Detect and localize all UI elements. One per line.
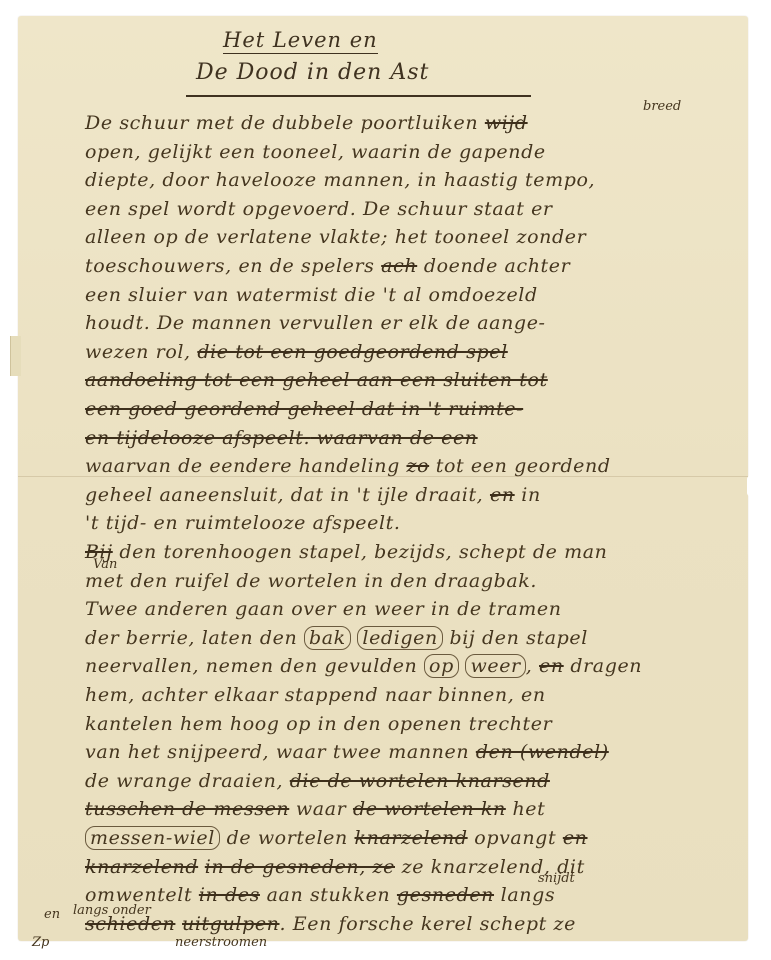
- line-text: bij den stapel: [443, 627, 588, 649]
- struck-text: en: [490, 484, 515, 506]
- line-text: doende achter: [417, 255, 570, 277]
- struck-text: zo: [406, 455, 429, 477]
- paper-notch-right: [747, 476, 753, 496]
- manuscript-line: geheel aaneensluit, dat in 't ijle draai…: [85, 486, 740, 505]
- line-text: waar: [289, 798, 353, 820]
- manuscript-line: van het snijpeerd, waar twee mannen den …: [85, 743, 740, 762]
- struck-text: knarzelend: [85, 856, 198, 878]
- struck-text: en: [539, 655, 564, 677]
- title-line-2: De Dood in den Ast: [196, 60, 429, 85]
- struck-text: een goed geordend geheel: [85, 398, 355, 420]
- struck-text: aandoeling tot een geheel aan een sluite…: [85, 369, 548, 391]
- manuscript-line: een spel wordt opgevoerd. De schuur staa…: [85, 200, 740, 219]
- line-text: een sluier van watermist die 't al omdoe…: [85, 284, 538, 306]
- line-text: in: [515, 484, 541, 506]
- struck-text: die tot een goedgeordend spel: [197, 341, 507, 363]
- struck-text: waarvan de een: [310, 427, 478, 449]
- circled-text: weer: [465, 654, 525, 678]
- line-text: een spel wordt opgevoerd. De schuur staa…: [85, 198, 553, 220]
- manuscript-line: een sluier van watermist die 't al omdoe…: [85, 286, 740, 305]
- line-text: toeschouwers, en de spelers: [85, 255, 381, 277]
- manuscript-line: aandoeling tot een geheel aan een sluite…: [85, 371, 740, 390]
- line-text: de wrange draaien,: [85, 770, 290, 792]
- manuscript-line: alleen op de verlatene vlakte; het toone…: [85, 228, 740, 247]
- manuscript-page: Het Leven en De Dood in den Ast De schuu…: [18, 16, 748, 941]
- line-text: waarvan de eendere handeling: [85, 455, 406, 477]
- line-text: Twee anderen gaan over en weer in de tra…: [85, 598, 562, 620]
- line-text: tot een geordend: [429, 455, 611, 477]
- manuscript-line: hem, achter elkaar stappend naar binnen,…: [85, 686, 740, 705]
- line-text: met den ruifel de wortelen in den draagb…: [85, 570, 537, 592]
- manuscript-line: De schuur met de dubbele poortluiken wij…: [85, 114, 740, 133]
- line-text: neervallen, nemen den gevulden: [85, 655, 424, 677]
- manuscript-line: diepte, door havelooze mannen, in haasti…: [85, 171, 740, 190]
- line-text: dragen: [564, 655, 642, 677]
- manuscript-line: neervallen, nemen den gevulden op weer, …: [85, 657, 740, 676]
- paper-tab-left: [10, 336, 21, 376]
- margin-note: en: [44, 907, 60, 922]
- struck-text: tusschen de messen: [85, 798, 289, 820]
- circled-text: ledigen: [357, 626, 442, 650]
- struck-text: ach: [381, 255, 417, 277]
- struck-text: in des: [199, 884, 260, 906]
- struck-text: wijd: [485, 112, 528, 134]
- manuscript-line: open, gelijkt een tooneel, waarin de gap…: [85, 143, 740, 162]
- line-text: aan stukken: [260, 884, 397, 906]
- title-text-1: Het Leven en: [223, 28, 378, 54]
- line-text: geheel aaneensluit, dat in 't ijle draai…: [85, 484, 490, 506]
- title-line-1: Het Leven en: [223, 28, 378, 52]
- manuscript-line: toeschouwers, en de spelers ach doende a…: [85, 257, 740, 276]
- manuscript-line: houdt. De mannen vervullen er elk de aan…: [85, 314, 740, 333]
- manuscript-line: en tijdelooze afspeelt. waarvan de een: [85, 429, 740, 448]
- line-text: houdt. De mannen vervullen er elk de aan…: [85, 312, 546, 334]
- line-text: den torenhoogen stapel, bezijds, schept …: [113, 541, 608, 563]
- struck-text: den (wendel): [476, 741, 609, 763]
- interlinear-insertion: langs onder: [73, 903, 151, 918]
- line-text: De schuur met de dubbele poortluiken: [85, 112, 485, 134]
- line-text: [198, 856, 205, 878]
- line-text: ,: [526, 655, 539, 677]
- circled-text: op: [424, 654, 459, 678]
- interlinear-insertion: neerstroomen: [175, 935, 267, 950]
- struck-text: die de wortelen knarsend: [290, 770, 550, 792]
- manuscript-line: messen-wiel de wortelen knarzelend opvan…: [85, 829, 740, 848]
- manuscript-line: waarvan de eendere handeling zo tot een …: [85, 457, 740, 476]
- page-mark: Zp: [32, 935, 49, 950]
- manuscript-line: kantelen hem hoog op in den openen trech…: [85, 715, 740, 734]
- manuscript-line: 't tijd- en ruimtelooze afspeelt.: [85, 514, 740, 533]
- struck-text: in de gesneden, ze: [205, 856, 395, 878]
- line-text: diepte, door havelooze mannen, in haasti…: [85, 169, 595, 191]
- struck-text: gesneden: [397, 884, 494, 906]
- circled-text: messen-wiel: [85, 826, 220, 850]
- line-text: 't tijd- en ruimtelooze afspeelt.: [85, 512, 401, 534]
- struck-text: knarzelend: [355, 827, 468, 849]
- line-text: der berrie, laten den: [85, 627, 304, 649]
- interlinear-insertion: snijdt: [538, 871, 575, 886]
- manuscript-line: der berrie, laten den bak ledigen bij de…: [85, 629, 740, 648]
- line-text: kantelen hem hoog op in den openen trech…: [85, 713, 552, 735]
- manuscript-line: de wrange draaien, die de wortelen knars…: [85, 772, 740, 791]
- line-text: alleen op de verlatene vlakte; het toone…: [85, 226, 586, 248]
- struck-text: en tijdelooze afspeelt.: [85, 427, 310, 449]
- manuscript-line: wezen rol, die tot een goedgeordend spel: [85, 343, 740, 362]
- line-text: wezen rol,: [85, 341, 197, 363]
- manuscript-line: knarzelend in de gesneden, ze ze knarzel…: [85, 858, 740, 877]
- line-text: het: [506, 798, 546, 820]
- manuscript-line: Twee anderen gaan over en weer in de tra…: [85, 600, 740, 619]
- line-text: opvangt: [468, 827, 563, 849]
- line-text: langs: [494, 884, 555, 906]
- line-text: . Een forsche kerel schept ze: [280, 913, 577, 935]
- interlinear-insertion: breed: [643, 99, 681, 114]
- circled-text: bak: [304, 626, 351, 650]
- line-text: de wortelen: [220, 827, 355, 849]
- struck-text: uitgulpen: [182, 913, 279, 935]
- line-text: van het snijpeerd, waar twee mannen: [85, 741, 476, 763]
- line-text: open, gelijkt een tooneel, waarin de gap…: [85, 141, 546, 163]
- manuscript-line: omwentelt in des aan stukken gesneden la…: [85, 886, 740, 905]
- manuscript-line: Bij den torenhoogen stapel, bezijds, sch…: [85, 543, 740, 562]
- manuscript-line: met den ruifel de wortelen in den draagb…: [85, 572, 740, 591]
- title-underline: [186, 95, 531, 97]
- manuscript-line: schieden uitgulpen. Een forsche kerel sc…: [85, 915, 740, 934]
- manuscript-line: tusschen de messen waar de wortelen kn h…: [85, 800, 740, 819]
- line-text: hem, achter elkaar stappend naar binnen,…: [85, 684, 546, 706]
- struck-text: de wortelen kn: [353, 798, 506, 820]
- struck-text: dat in 't ruimte-: [355, 398, 523, 420]
- struck-text: en: [563, 827, 588, 849]
- manuscript-line: een goed geordend geheel dat in 't ruimt…: [85, 400, 740, 419]
